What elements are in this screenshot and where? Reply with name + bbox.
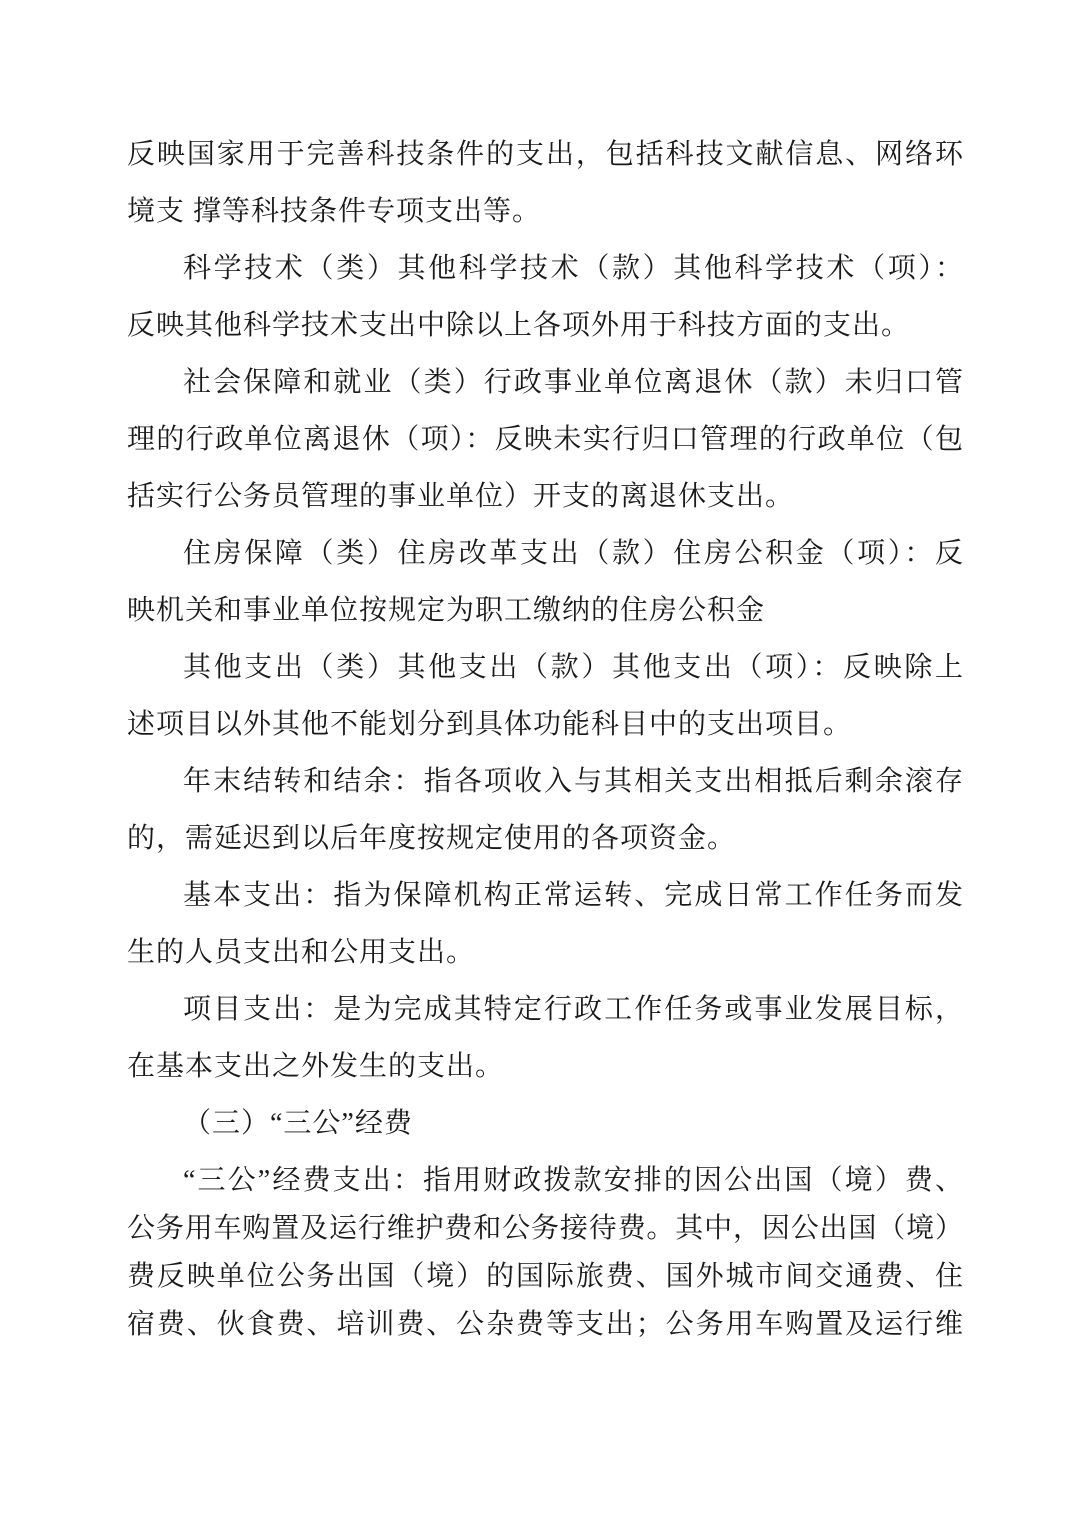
text-line: 生的人员支出和公用支出。 xyxy=(127,924,963,981)
text-line: 费反映单位公务出国（境）的国际旅费、国外城市间交通费、住 xyxy=(127,1253,963,1301)
text-line: 的，需延迟到以后年度按规定使用的各项资金。 xyxy=(127,810,963,867)
text-line: 社会保障和就业（类）行政事业单位离退休（款）未归口管 xyxy=(127,354,963,411)
section-heading-line: （三）“三公”经费 xyxy=(127,1095,963,1152)
text-line: 科学技术（类）其他科学技术（款）其他科学技术（项）： xyxy=(127,240,963,297)
text-line: 在基本支出之外发生的支出。 xyxy=(127,1038,963,1095)
document-page: 反映国家用于完善科技条件的支出，包括科技文献信息、网络环 境支 撑等科技条件专项… xyxy=(0,0,1074,1520)
text-line: 述项目以外其他不能划分到具体功能科目中的支出项目。 xyxy=(127,696,963,753)
text-line: 宿费、伙食费、培训费、公杂费等支出；公务用车购置及运行维 xyxy=(127,1301,963,1349)
text-line: 反映其他科学技术支出中除以上各项外用于科技方面的支出。 xyxy=(127,297,963,354)
text-line: 括实行公务员管理的事业单位）开支的离退休支出。 xyxy=(127,468,963,525)
text-line: 公务用车购置及运行维护费和公务接待费。其中，因公出国（境） xyxy=(127,1205,963,1253)
text-line: 基本支出：指为保障机构正常运转、完成日常工作任务而发 xyxy=(127,867,963,924)
text-line: 住房保障（类）住房改革支出（款）住房公积金（项）：反 xyxy=(127,525,963,582)
text-line: 映机关和事业单位按规定为职工缴纳的住房公积金 xyxy=(127,582,963,639)
text-line: 境支 撑等科技条件专项支出等。 xyxy=(127,183,963,240)
text-line: 项目支出：是为完成其特定行政工作任务或事业发展目标， xyxy=(127,981,963,1038)
text-line: 其他支出（类）其他支出（款）其他支出（项）：反映除上 xyxy=(127,639,963,696)
text-line: 反映国家用于完善科技条件的支出，包括科技文献信息、网络环 xyxy=(127,126,963,183)
text-line: 理的行政单位离退休（项）：反映未实行归口管理的行政单位（包 xyxy=(127,411,963,468)
document-text-block: 反映国家用于完善科技条件的支出，包括科技文献信息、网络环 境支 撑等科技条件专项… xyxy=(127,126,963,1349)
text-line: 年末结转和结余：指各项收入与其相关支出相抵后剩余滚存 xyxy=(127,753,963,810)
text-line: “三公”经费支出：指用财政拨款安排的因公出国（境）费、 xyxy=(127,1157,963,1205)
